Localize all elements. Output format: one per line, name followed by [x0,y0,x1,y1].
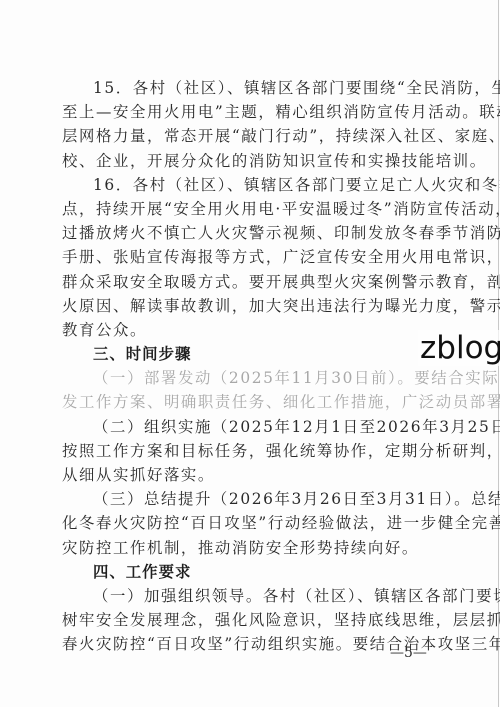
text-line: 化冬春火灾防控“百日攻坚”行动经验做法，进一步健全完善火 [62,511,466,535]
text-line: 15．各村（社区）、镇辖区各部门要围绕“全民消防，生命 [62,76,466,100]
text-line: 教育公众。 [62,318,466,342]
text-line: 群众采取安全取暖方式。要开展典型火灾案例警示教育，剖析起 [62,270,466,294]
text-line: 灾防控工作机制，推动消防安全形势持续向好。 [62,536,466,560]
text-line: （三）总结提升（2026年3月26日至3月31日）。总结固 [62,487,466,511]
document-body: 15．各村（社区）、镇辖区各部门要围绕“全民消防，生命 至上—安全用火用电”主题… [62,76,466,657]
text-line: 树牢安全发展理念，强化风险意识，坚持底线思维，层层抓好冬 [62,608,466,632]
text-line: 校、企业，开展分众化的消防知识宣传和实操技能培训。 [62,149,466,173]
text-line: 层网格力量，常态开展“敲门行动”，持续深入社区、家庭、学 [62,124,466,148]
text-line: 发工作方案、明确职责任务、细化工作措施，广泛动员部署。 [62,390,466,414]
text-line: 16．各村（社区）、镇辖区各部门要立足亡人火灾和冬季特 [62,173,466,197]
watermark-text: zblog [418,330,500,366]
section-heading-time-steps: 三、时间步骤 [62,342,466,366]
text-line: （一）加强组织领导。各村（社区）、镇辖区各部门要切实 [62,584,466,608]
text-line: 按照工作方案和目标任务，强化统筹协作，定期分析研判，从严 [62,439,466,463]
section-heading-work-requirements: 四、工作要求 [62,560,466,584]
text-line: 从细从实抓好落实。 [62,463,466,487]
text-line: 火原因、解读事故教训，加大突出违法行为曝光力度，警示企业、 [62,294,466,318]
text-line: 手册、张贴宣传海报等方式，广泛宣传安全用火用电常识，引导 [62,245,466,269]
text-line: （二）组织实施（2025年12月1日至2026年3月25日）。 [62,415,466,439]
document-page: 15．各村（社区）、镇辖区各部门要围绕“全民消防，生命 至上—安全用火用电”主题… [0,0,500,707]
text-line: （一）部署发动（2025年11月30日前）。要结合实际，制 [62,366,466,390]
text-line: 过播放烤火不慎亡人火灾警示视频、印制发放冬春季节消防宣传 [62,221,466,245]
text-line: 点，持续开展“安全用火用电·平安温暖过冬”消防宣传活动，通 [62,197,466,221]
text-line: 至上—安全用火用电”主题，精心组织消防宣传月活动。联动基 [62,100,466,124]
page-number: —5— [390,645,427,661]
